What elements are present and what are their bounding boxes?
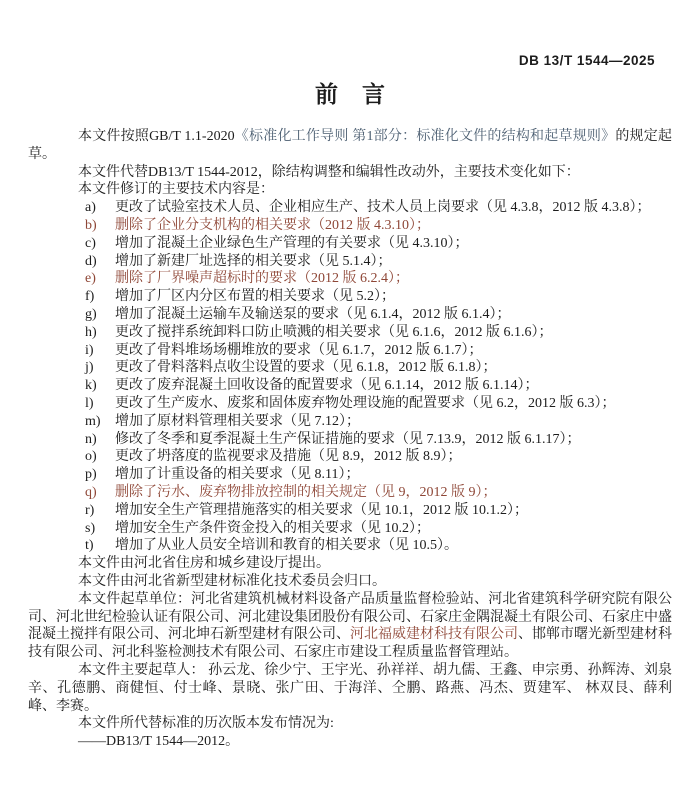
- body-paragraph: 本文件由河北省新型建材标准化技术委员会归口。: [28, 573, 672, 591]
- revision-item: q)删除了污水、废弃物排放控制的相关规定（见 9，2012 版 9）；: [28, 484, 672, 502]
- text-segment: ——DB13/T 1544—2012。: [78, 734, 239, 749]
- revision-item-label: n): [85, 431, 115, 449]
- revision-item: l)更改了生产废水、废浆和固体废弃物处理设施的配置要求（见 6.2，2012 版…: [28, 395, 672, 413]
- revision-item-text: 增加了从业人员安全培训和教育的相关要求（见 10.5）。: [115, 538, 458, 553]
- text-segment: 本文件由河北省住房和城乡建设厅提出。: [78, 556, 330, 571]
- revision-item-text: 删除了厂界噪声超标时的要求（2012 版 6.2.4）；: [115, 271, 409, 286]
- standard-number: DB 13/T 1544—2025: [519, 53, 655, 68]
- revision-item: f)增加了厂区内分区布置的相关要求（见 5.2）；: [28, 288, 672, 306]
- revision-item: t)增加了从业人员安全培训和教育的相关要求（见 10.5）。: [28, 537, 672, 555]
- revision-item-text: 更改了试验室技术人员、企业相应生产、技术人员上岗要求（见 4.3.8，2012 …: [115, 200, 651, 215]
- body-paragraph: 本文件按照GB/T 1.1-2020《标准化工作导则 第1部分：标准化文件的结构…: [28, 128, 672, 164]
- body-paragraph: ——DB13/T 1544—2012。: [28, 733, 672, 751]
- body-paragraph: 本文件主要起草人： 孙云龙、徐少宁、王宇光、孙祥祥、胡九儒、王鑫、申宗勇、孙辉涛…: [28, 662, 672, 715]
- document-body: 本文件按照GB/T 1.1-2020《标准化工作导则 第1部分：标准化文件的结构…: [28, 128, 672, 751]
- revision-item-label: a): [85, 199, 115, 217]
- revision-item-label: g): [85, 306, 115, 324]
- revision-item-text: 删除了企业分支机构的相关要求（2012 版 4.3.10）；: [115, 218, 430, 233]
- text-segment: 本文件代替DB13/T 1544-2012，除结构调整和编辑性改动外，主要技术变…: [78, 165, 580, 180]
- revision-item-label: k): [85, 377, 115, 395]
- revision-item-label: h): [85, 324, 115, 342]
- body-paragraph: 本文件起草单位：河北省建筑机械材料设备产品质量监督检验站、河北省建筑科学研究院有…: [28, 591, 672, 662]
- body-paragraph: 本文件修订的主要技术内容是：: [28, 181, 672, 199]
- revision-item-text: 修改了冬季和夏季混凝土生产保证措施的要求（见 7.13.9，2012 版 6.1…: [115, 432, 581, 447]
- revision-item-label: r): [85, 502, 115, 520]
- revision-item-text: 增加安全生产管理措施落实的相关要求（见 10.1，2012 版 10.1.2）；: [115, 503, 528, 518]
- foreword-title-char-1: 前: [315, 82, 338, 107]
- text-segment: 本文件修订的主要技术内容是：: [78, 182, 274, 197]
- revision-list: a)更改了试验室技术人员、企业相应生产、技术人员上岗要求（见 4.3.8，201…: [28, 199, 672, 555]
- revision-item-label: b): [85, 217, 115, 235]
- revision-item: c)增加了混凝土企业绿色生产管理的有关要求（见 4.3.10）；: [28, 235, 672, 253]
- revision-item-text: 更改了骨料落料点收尘设置的要求（见 6.1.8，2012 版 6.1.8）；: [115, 360, 497, 375]
- referenced-standard-title: 《标准化工作导则 第1部分：标准化文件的结构和起草规则》: [235, 129, 616, 144]
- document-page: DB 13/T 1544—2025 前言 本文件按照GB/T 1.1-2020《…: [0, 0, 700, 806]
- body-paragraph: 本文件所代替标准的历次版本发布情况为:: [28, 715, 672, 733]
- revision-item: e)删除了厂界噪声超标时的要求（2012 版 6.2.4）；: [28, 270, 672, 288]
- revision-item-text: 增加了混凝土运输车及输送泵的要求（见 6.1.4，2012 版 6.1.4）；: [115, 307, 511, 322]
- revision-item-text: 增加了混凝土企业绿色生产管理的有关要求（见 4.3.10）；: [115, 236, 469, 251]
- revision-item-label: i): [85, 342, 115, 360]
- revision-item-label: c): [85, 235, 115, 253]
- revision-item-text: 更改了骨料堆场场棚堆放的要求（见 6.1.7，2012 版 6.1.7）；: [115, 343, 483, 358]
- revision-item: r)增加安全生产管理措施落实的相关要求（见 10.1，2012 版 10.1.2…: [28, 502, 672, 520]
- revision-item-label: d): [85, 253, 115, 271]
- revision-item-label: l): [85, 395, 115, 413]
- revision-item-text: 增加安全生产条件资金投入的相关要求（见 10.2）；: [115, 521, 430, 536]
- text-segment: 本文件主要起草人： 孙云龙、徐少宁、王宇光、孙祥祥、胡九儒、王鑫、申宗勇、孙辉涛…: [28, 663, 672, 714]
- revision-item: k)更改了废弃混凝土回收设备的配置要求（见 6.1.14，2012 版 6.1.…: [28, 377, 672, 395]
- body-paragraph: 本文件代替DB13/T 1544-2012，除结构调整和编辑性改动外，主要技术变…: [28, 164, 672, 182]
- text-segment: 本文件所代替标准的历次版本发布情况为:: [78, 716, 334, 731]
- revision-item-text: 更改了生产废水、废浆和固体废弃物处理设施的配置要求（见 6.2，2012 版 6…: [115, 396, 616, 411]
- revision-item-label: e): [85, 270, 115, 288]
- revision-item-text: 增加了计重设备的相关要求（见 8.11）；: [115, 467, 359, 482]
- foreword-title-char-2: 言: [362, 82, 385, 107]
- revision-item-text: 更改了搅拌系统卸料口防止喷溅的相关要求（见 6.1.6，2012 版 6.1.6…: [115, 325, 553, 340]
- revision-item-label: q): [85, 484, 115, 502]
- revision-item: h)更改了搅拌系统卸料口防止喷溅的相关要求（见 6.1.6，2012 版 6.1…: [28, 324, 672, 342]
- revision-item: i)更改了骨料堆场场棚堆放的要求（见 6.1.7，2012 版 6.1.7）；: [28, 342, 672, 360]
- revision-item: a)更改了试验室技术人员、企业相应生产、技术人员上岗要求（见 4.3.8，201…: [28, 199, 672, 217]
- revision-item-label: f): [85, 288, 115, 306]
- revision-item: p)增加了计重设备的相关要求（见 8.11）；: [28, 466, 672, 484]
- revision-item-text: 增加了原材料管理相关要求（见 7.12）；: [115, 414, 360, 429]
- revision-item-text: 更改了废弃混凝土回收设备的配置要求（见 6.1.14，2012 版 6.1.14…: [115, 378, 539, 393]
- deleted-text: 河北福威建材科技有限公司: [350, 627, 518, 642]
- revision-item: b)删除了企业分支机构的相关要求（2012 版 4.3.10）；: [28, 217, 672, 235]
- body-paragraph: 本文件由河北省住房和城乡建设厅提出。: [28, 555, 672, 573]
- foreword-title: 前言: [0, 76, 700, 109]
- revision-item: o)更改了坍落度的监视要求及措施（见 8.9，2012 版 8.9）；: [28, 448, 672, 466]
- revision-item-text: 增加了厂区内分区布置的相关要求（见 5.2）；: [115, 289, 395, 304]
- revision-item-text: 删除了污水、废弃物排放控制的相关规定（见 9，2012 版 9）；: [115, 485, 497, 500]
- revision-item-label: s): [85, 520, 115, 538]
- revision-item-text: 增加了新建厂址选择的相关要求（见 5.1.4）；: [115, 254, 392, 269]
- revision-item: g)增加了混凝土运输车及输送泵的要求（见 6.1.4，2012 版 6.1.4）…: [28, 306, 672, 324]
- revision-item-label: p): [85, 466, 115, 484]
- revision-item: d)增加了新建厂址选择的相关要求（见 5.1.4）；: [28, 253, 672, 271]
- revision-item: m)增加了原材料管理相关要求（见 7.12）；: [28, 413, 672, 431]
- revision-item-label: t): [85, 537, 115, 555]
- text-segment: 本文件按照GB/T 1.1-2020: [78, 129, 235, 144]
- revision-item-label: o): [85, 448, 115, 466]
- revision-item-label: j): [85, 359, 115, 377]
- text-segment: 本文件由河北省新型建材标准化技术委员会归口。: [78, 574, 386, 589]
- revision-item-text: 更改了坍落度的监视要求及措施（见 8.9，2012 版 8.9）；: [115, 449, 462, 464]
- revision-item: s)增加安全生产条件资金投入的相关要求（见 10.2）；: [28, 520, 672, 538]
- revision-item: n)修改了冬季和夏季混凝土生产保证措施的要求（见 7.13.9，2012 版 6…: [28, 431, 672, 449]
- revision-item-label: m): [85, 413, 115, 431]
- revision-item: j)更改了骨料落料点收尘设置的要求（见 6.1.8，2012 版 6.1.8）；: [28, 359, 672, 377]
